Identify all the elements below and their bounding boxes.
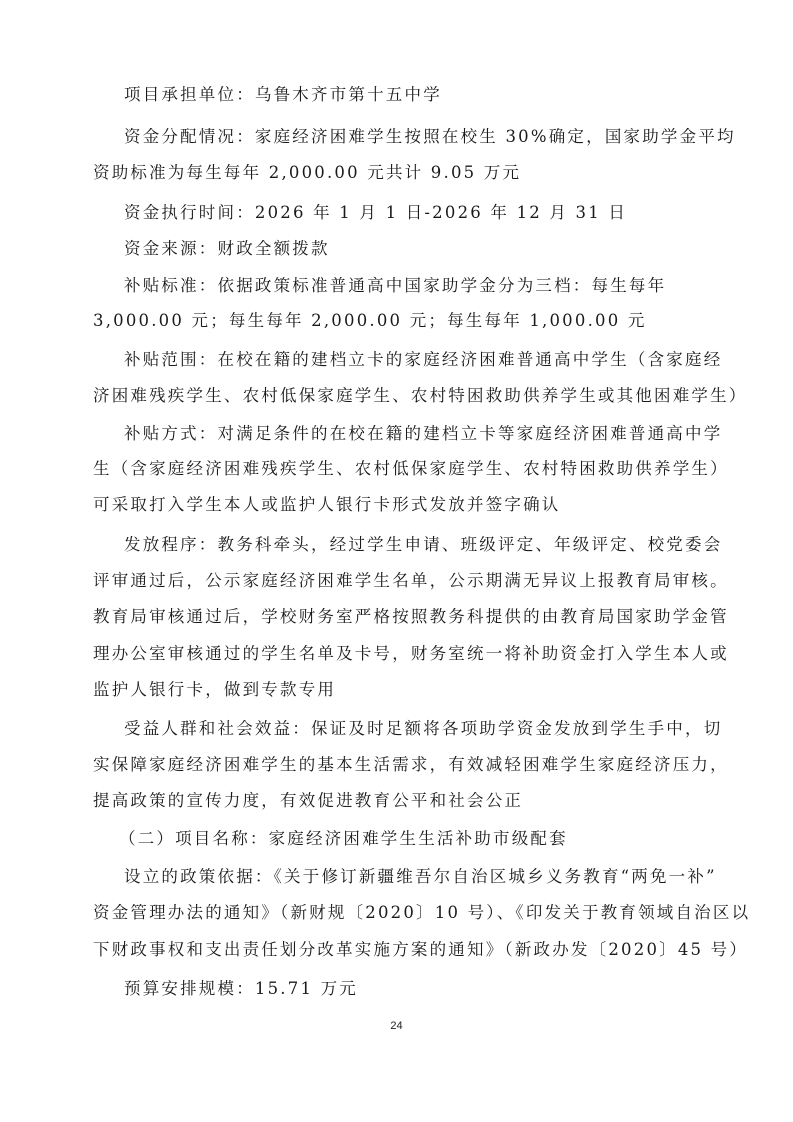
document-page: 项目承担单位：乌鲁木齐市第十五中学 资金分配情况：家庭经济困难学生按照在校生 3… — [0, 0, 793, 1122]
subsidy-method-line-2: 生（含家庭经济困难残疾学生、农村低保家庭学生、农村特困救助供养学生） — [93, 458, 729, 480]
project-name-heading: （二）项目名称：家庭经济困难学生生活补助市级配套 — [119, 828, 568, 850]
page-number: 24 — [0, 1020, 793, 1032]
execution-period-line-1: 资金执行时间：2026 年 1 月 1 日-2026 年 12 月 31 日 — [124, 202, 627, 224]
distribution-procedure-line-2: 评审通过后，公示家庭经济困难学生名单，公示期满无异议上报教育局审核。 — [93, 570, 729, 592]
subsidy-scope-line-2: 济困难残疾学生、农村低保家庭学生、农村特困救助供养学生或其他困难学生） — [93, 385, 748, 407]
budget-scale-line-1: 预算安排规模：15.71 万元 — [124, 978, 358, 1000]
beneficiaries-line-2: 实保障家庭经济困难学生的基本生活需求，有效减轻困难学生家庭经济压力， — [93, 754, 729, 776]
beneficiaries-line-1: 受益人群和社会效益：保证及时足额将各项助学资金发放到学生手中，切 — [124, 718, 722, 740]
policy-basis-line-2: 资金管理办法的通知》（新财规〔2020〕10 号）、《印发关于教育领域自治区以 — [93, 902, 750, 924]
fund-source-line-1: 资金来源：财政全额拨款 — [124, 238, 330, 260]
fund-allocation-line-2: 资助标准为每生每年 2,000.00 元共计 9.05 万元 — [93, 162, 521, 184]
policy-basis-line-3: 下财政事权和支出责任划分改革实施方案的通知》（新政办发〔2020〕45 号） — [93, 939, 748, 961]
subsidy-standard-line-2: 3,000.00 元；每生每年 2,000.00 元；每生每年 1,000.00… — [93, 310, 647, 332]
distribution-procedure-line-4: 理办公室审核通过的学生名单及卡号，财务室统一将补助资金打入学生本人或 — [93, 643, 729, 665]
beneficiaries-line-3: 提高政策的宣传力度，有效促进教育公平和社会公正 — [93, 790, 523, 812]
distribution-procedure-line-1: 发放程序：教务科牵头，经过学生申请、班级评定、年级评定、校党委会 — [124, 534, 722, 556]
distribution-procedure-line-3: 教育局审核通过后，学校财务室严格按照教务科提供的由教育局国家助学金管 — [93, 606, 729, 628]
distribution-procedure-line-5: 监护人银行卡，做到专款专用 — [93, 679, 336, 701]
subsidy-scope-line-1: 补贴范围：在校在籍的建档立卡的家庭经济困难普通高中学生（含家庭经 — [124, 349, 722, 371]
fund-allocation-line-1: 资金分配情况：家庭经济困难学生按照在校生 30%确定，国家助学金平均 — [124, 126, 736, 148]
undertaking-unit-line-1: 项目承担单位：乌鲁木齐市第十五中学 — [124, 84, 442, 106]
subsidy-standard-line-1: 补贴标准：依据政策标准普通高中国家助学金分为三档：每生每年 — [124, 275, 666, 297]
subsidy-method-line-1: 补贴方式：对满足条件的在校在籍的建档立卡等家庭经济困难普通高中学 — [124, 423, 722, 445]
subsidy-method-line-3: 可采取打入学生本人或监护人银行卡形式发放并签字确认 — [93, 494, 561, 516]
policy-basis-line-1: 设立的政策依据：《关于修订新疆维吾尔自治区城乡义务教育“两免一补” — [124, 866, 717, 888]
